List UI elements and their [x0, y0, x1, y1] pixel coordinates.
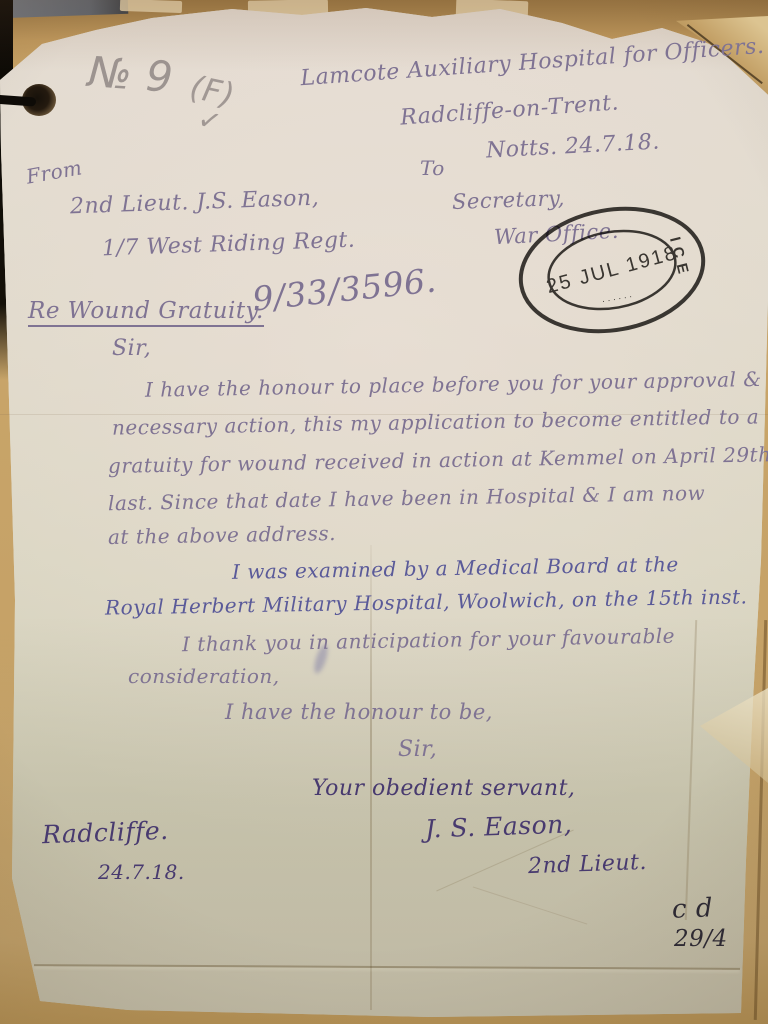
signature-name: J. S. Eason,	[425, 809, 573, 843]
pencil-number-annotation: № 9	[86, 47, 174, 102]
docket-initials: c d	[671, 893, 713, 924]
place-written: Radcliffe.	[42, 816, 169, 849]
closing-honour: I have the honour to be,	[225, 700, 493, 724]
date-written: 24.7.18.	[98, 860, 185, 884]
body-line: consideration,	[128, 664, 280, 688]
tape-fragment	[120, 0, 182, 13]
closing-servant: Your obedient servant,	[312, 776, 575, 801]
document-photo: № 9 (F) ✓ Lamcote Auxiliary Hospital for…	[0, 0, 768, 1024]
docket-number: 29/4	[674, 926, 728, 952]
subject-text: Re Wound Gratuity.	[28, 298, 264, 327]
signature-rank: 2nd Lieut.	[528, 850, 648, 879]
closing-sir: Sir,	[398, 737, 437, 762]
subject-line: Re Wound Gratuity.	[28, 298, 264, 324]
body-line: at the above address.	[108, 521, 336, 549]
stamp-dots: · · · · · ·	[601, 291, 633, 306]
salutation: Sir,	[112, 336, 151, 361]
to-label: To	[420, 156, 445, 180]
